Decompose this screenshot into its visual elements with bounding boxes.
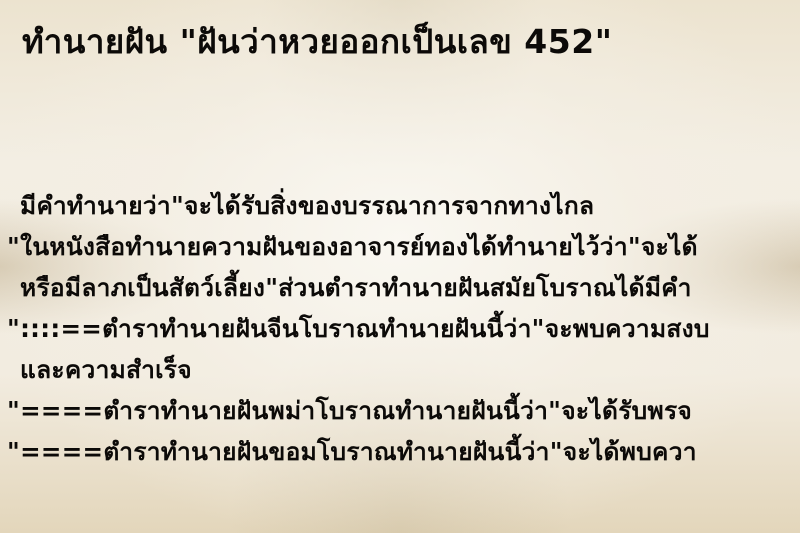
page-title: ทำนายฝัน "ฝันว่าหวยออกเป็นเลข 452" bbox=[22, 12, 612, 72]
parchment-page: ทำนายฝัน "ฝันว่าหวยออกเป็นเลข 452" มีคำท… bbox=[0, 0, 800, 533]
prediction-line-6: "====ตำราทำนายฝันพม่าโบราณทำนายฝันนี้ว่า… bbox=[7, 391, 692, 431]
prediction-line-5: และความสำเร็จ bbox=[20, 350, 192, 390]
prediction-line-3: หรือมีลาภเป็นสัตว์เลี้ยง"ส่วนตำราทำนายฝั… bbox=[20, 268, 692, 308]
prediction-line-1: มีคำทำนายว่า"จะได้รับสิ่งของบรรณาการจากท… bbox=[20, 186, 594, 226]
prediction-line-4: "::::==ตำราทำนายฝันจีนโบราณทำนายฝันนี้ว่… bbox=[7, 309, 710, 349]
prediction-line-2: "ในหนังสือทำนายความฝันของอาจารย์ทองได้ทำ… bbox=[7, 227, 698, 267]
prediction-line-7: "====ตำราทำนายฝันขอมโบราณทำนายฝันนี้ว่า"… bbox=[7, 432, 697, 472]
